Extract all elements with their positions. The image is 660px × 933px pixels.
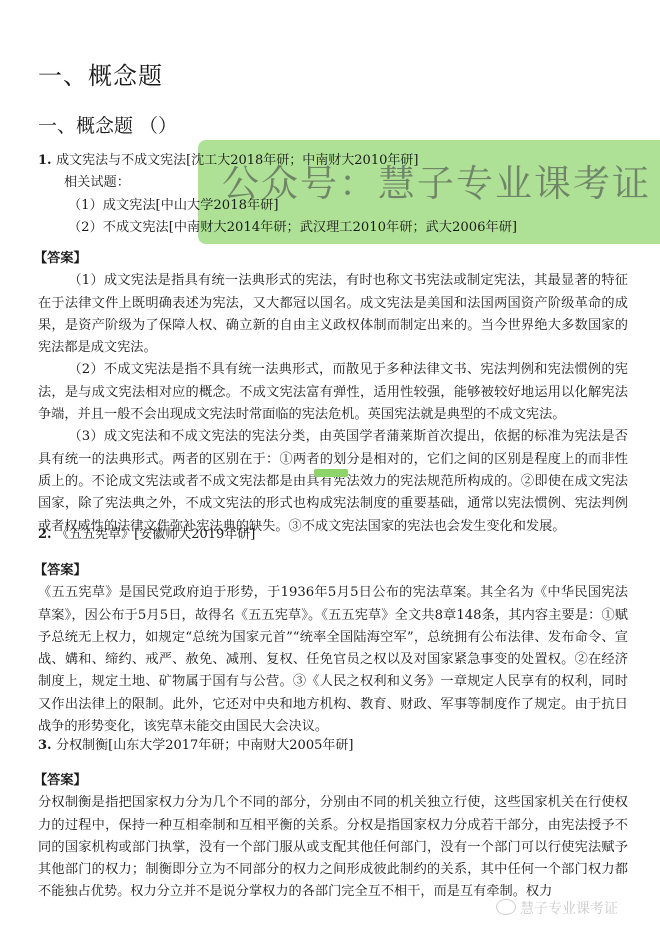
corner-watermark-text: 慧子专业课考证	[520, 901, 618, 917]
answer-2: 【答案】 《五五宪草》是国民党政府迫于形势，于1936年5月5日公布的宪法草案。…	[38, 560, 628, 738]
answer-paragraph: 分权制衡是指把国家权力分为几个不同的部分，分别由不同的机关独立行使，这些国家机关…	[38, 792, 628, 903]
question-term: 《五五宪草》	[56, 527, 134, 542]
question-title: 1. 成文宪法与不成文宪法[沈工大2018年研；中南财大2010年研]	[38, 150, 628, 172]
answer-label: 【答案】	[34, 248, 628, 270]
answer-paragraph: 《五五宪草》是国民党政府迫于形势，于1936年5月5日公布的宪法草案。其全名为《…	[38, 582, 628, 738]
question-1: 1. 成文宪法与不成文宪法[沈工大2018年研；中南财大2010年研] 相关试题…	[38, 150, 628, 239]
answer-label: 【答案】	[34, 560, 628, 582]
question-title: 2. 《五五宪草》[安徽师大2019年研]	[38, 524, 628, 546]
corner-watermark: 慧子专业课考证	[496, 898, 618, 918]
answer-paragraph: （3）成文宪法和不成文宪法的宪法分类，由英国学者蒲莱斯首次提出，依据的标准为宪法…	[38, 426, 628, 537]
related-item: （2）不成文宪法[中南财大2014年研；武汉理工2010年研；武大2006年研]	[38, 217, 628, 239]
wechat-icon	[496, 899, 516, 915]
document-page: 一、概念题 一、概念题 （） 公众号：慧子专业课考证 1. 成文宪法与不成文宪法…	[0, 0, 660, 933]
highlight-mark	[314, 469, 348, 477]
answer-1: 【答案】 （1）成文宪法是指具有统一法典形式的宪法，有时也称文书宪法或制定宪法，…	[38, 248, 628, 538]
question-source: [安徽师大2019年研]	[134, 527, 255, 542]
question-2: 2. 《五五宪草》[安徽师大2019年研]	[38, 524, 628, 546]
question-title: 3. 分权制衡[山东大学2017年研；中南财大2005年研]	[38, 735, 628, 757]
question-number: 2.	[38, 527, 52, 542]
answer-paragraph: （2）不成文宪法是指不具有统一法典形式，而散见于多种法律文书、宪法判例和宪法惯例…	[38, 359, 628, 426]
question-source: [山东大学2017年研；中南财大2005年研]	[108, 738, 353, 753]
chapter-heading: 一、概念题	[38, 60, 163, 92]
question-number: 3.	[38, 738, 52, 753]
question-term: 分权制衡	[56, 738, 108, 753]
question-number: 1.	[38, 153, 52, 168]
question-source: [沈工大2018年研；中南财大2010年研]	[186, 153, 418, 168]
related-item: （1）成文宪法[中山大学2018年研]	[38, 195, 628, 217]
related-label: 相关试题：	[38, 172, 628, 194]
answer-label: 【答案】	[34, 770, 628, 792]
section-heading: 一、概念题 （）	[38, 113, 177, 139]
answer-paragraph: （1）成文宪法是指具有统一法典形式的宪法，有时也称文书宪法或制定宪法，其最显著的…	[38, 270, 628, 359]
question-term: 成文宪法与不成文宪法	[56, 153, 186, 168]
answer-3: 【答案】 分权制衡是指把国家权力分为几个不同的部分，分别由不同的机关独立行使，这…	[38, 770, 628, 904]
question-3: 3. 分权制衡[山东大学2017年研；中南财大2005年研]	[38, 735, 628, 757]
